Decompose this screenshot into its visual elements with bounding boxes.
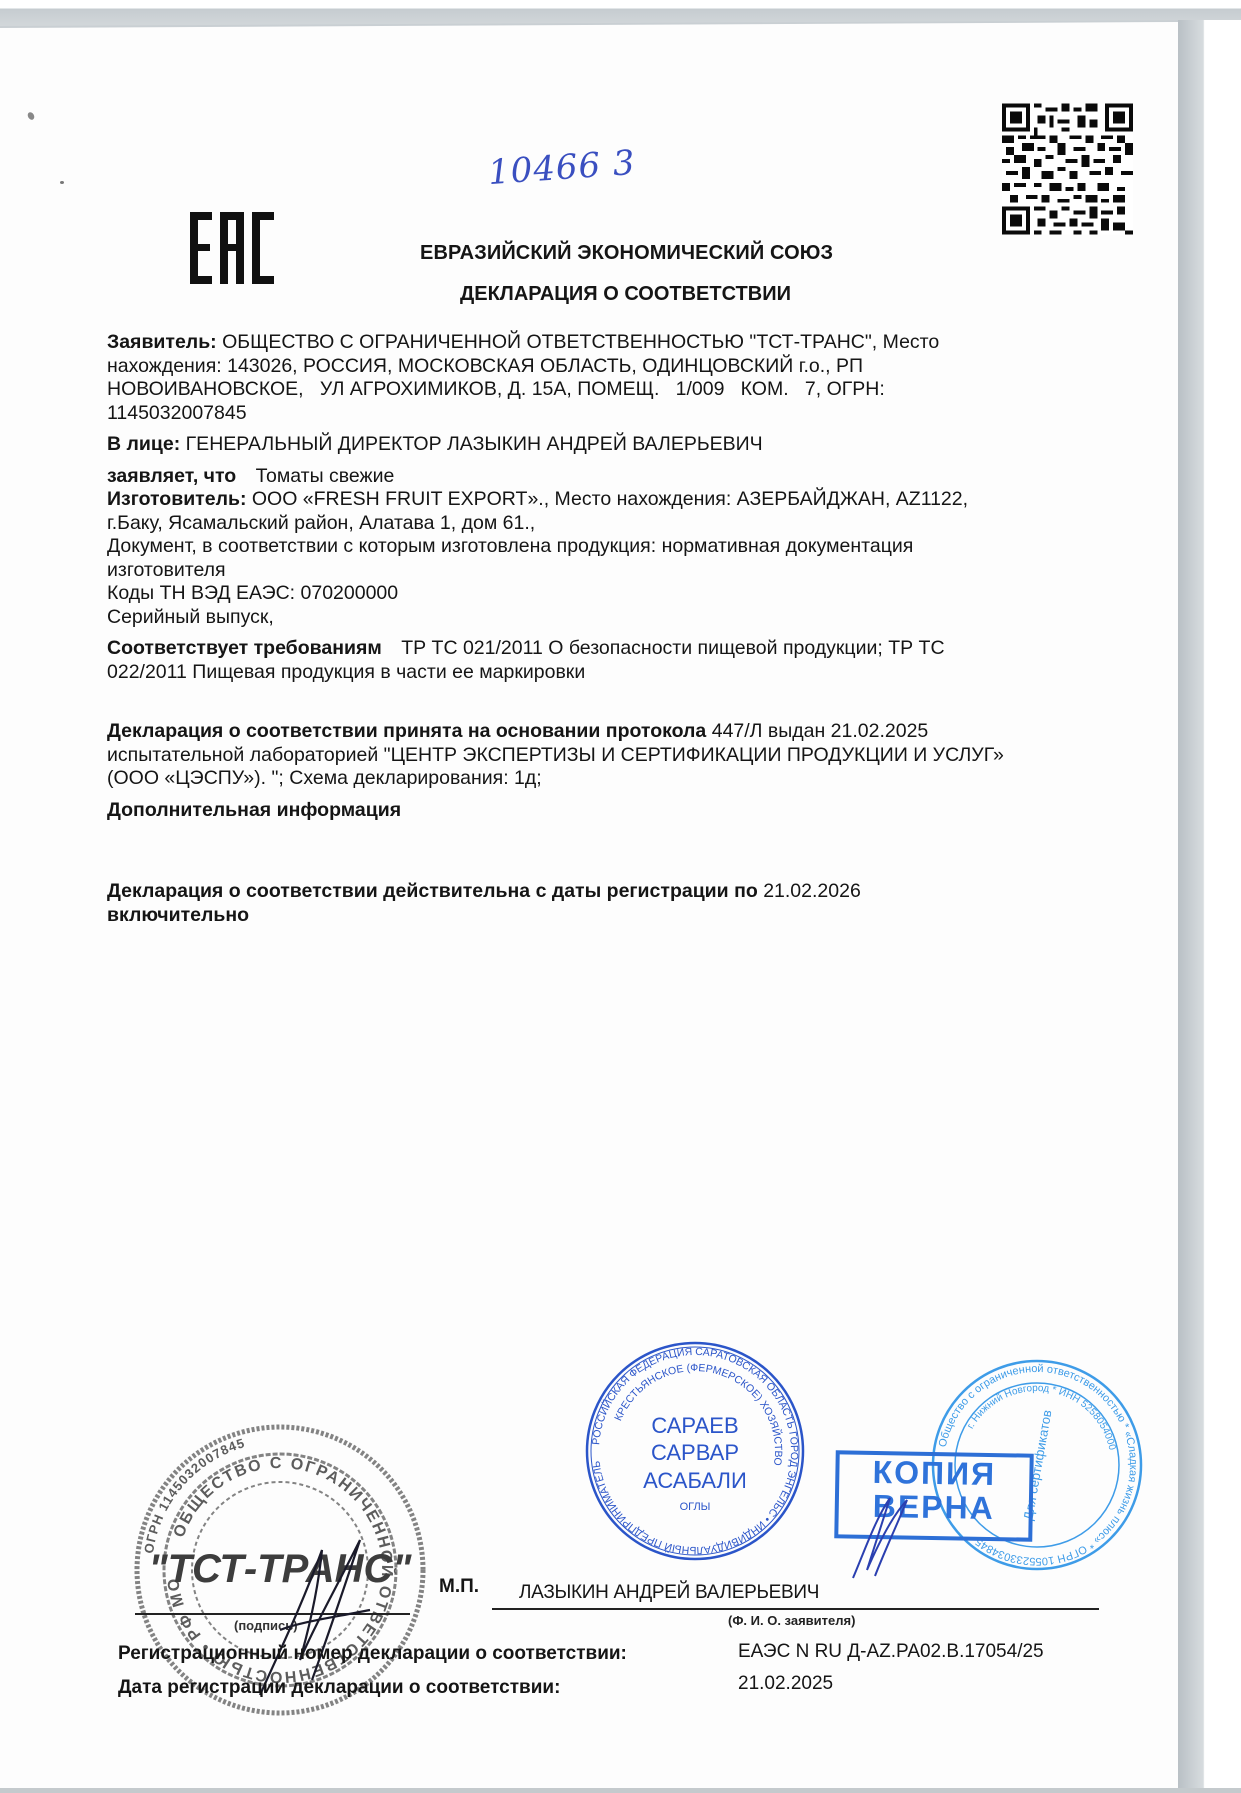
applicant-full-name: ЛАЗЫКИН АНДРЕЙ ВАЛЕРЬЕВИЧ	[519, 1582, 819, 1604]
registration-date: 21.02.2025	[738, 1673, 833, 1695]
represented-by-section: В лице: ГЕНЕРАЛЬНЫЙ ДИРЕКТОР ЛАЗЫКИН АНД…	[107, 433, 1117, 457]
additional-info-section: Дополнительная информация	[107, 799, 1117, 823]
copy-stamp-line: КОПИЯ	[839, 1454, 1030, 1491]
validity-label-inclusive: включительно	[107, 904, 1117, 928]
basis-line: (ООО «ЦЭСПУ»). "; Схема декларирования: …	[107, 767, 1117, 791]
manufacturer-line: ООО «FRESH FRUIT EXPORT»., Место нахожде…	[252, 488, 968, 510]
product-name: Томаты свежие	[256, 465, 395, 487]
represented-by-value: ГЕНЕРАЛЬНЫЙ ДИРЕКТОР ЛАЗЫКИН АНДРЕЙ ВАЛЕ…	[186, 433, 763, 455]
requirements-label: Соответствует требованиям	[107, 637, 382, 659]
applicant-ogrn: 1145032007845	[107, 402, 1117, 426]
document-title: ДЕКЛАРАЦИЯ О СООТВЕТСТВИИ	[460, 283, 791, 306]
farm-stamp: РОССИЙСКАЯ ФЕДЕРАЦИЯ САРАТОВСКАЯ ОБЛАСТЬ…	[582, 1338, 808, 1564]
union-heading: ЕВРАЗИЙСКИЙ ЭКОНОМИЧЕСКИЙ СОЮЗ	[420, 242, 833, 265]
applicant-line: ОБЩЕСТВО С ОГРАНИЧЕННОЙ ОТВЕТСТВЕННОСТЬЮ…	[222, 331, 939, 353]
release-type: Серийный выпуск,	[107, 606, 1117, 630]
additional-info-label: Дополнительная информация	[107, 799, 401, 821]
requirements-line: ТР ТС 021/2011 О безопасности пищевой пр…	[401, 637, 944, 659]
basis-line: испытательной лабораторией "ЦЕНТР ЭКСПЕР…	[107, 744, 1117, 768]
validity-section: Декларация о соответствии действительна …	[107, 880, 1117, 927]
applicant-line: НОВОИВАНОВСКОЕ, УЛ АГРОХИМИКОВ, Д. 15А, …	[107, 378, 1117, 402]
production-document-line: изготовителя	[107, 559, 1117, 583]
copy-signature-icon	[845, 1490, 915, 1580]
svg-text:САРВАР: САРВАР	[651, 1440, 739, 1465]
requirements-line: 022/2011 Пищевая продукция в части ее ма…	[107, 661, 1117, 685]
manufacturer-line: г.Баку, Ясамальский район, Алатава 1, до…	[107, 512, 1117, 536]
registration-number-label: Регистрационный номер декларации о соотв…	[118, 1643, 627, 1665]
scan-speck	[60, 181, 64, 184]
declaration-body: Заявитель: ОБЩЕСТВО С ОГРАНИЧЕННОЙ ОТВЕТ…	[107, 331, 1117, 927]
applicant-section: Заявитель: ОБЩЕСТВО С ОГРАНИЧЕННОЙ ОТВЕТ…	[107, 331, 1117, 425]
manufacturer-label: Изготовитель:	[107, 488, 246, 510]
tn-ved-codes: Коды ТН ВЭД ЕАЭС: 070200000	[107, 582, 1117, 606]
production-document-line: Документ, в соответствии с которым изгот…	[107, 535, 1117, 559]
manufacturer-section: Изготовитель: ООО «FRESH FRUIT EXPORT».,…	[107, 488, 1117, 535]
qr-code-icon[interactable]	[1002, 103, 1133, 235]
basis-section: Декларация о соответствии принята на осн…	[107, 720, 1117, 791]
seal-place-label: М.П.	[439, 1576, 479, 1598]
fio-caption: (Ф. И. О. заявителя)	[728, 1613, 855, 1628]
declares-label: заявляет, что	[107, 465, 236, 487]
svg-text:ОГЛЫ: ОГЛЫ	[680, 1501, 711, 1513]
validity-date: 21.02.2026	[763, 880, 861, 902]
registration-date-label: Дата регистрации декларации о соответств…	[118, 1677, 560, 1699]
basis-label: Декларация о соответствии принята на осн…	[107, 720, 706, 742]
eac-logo-icon	[190, 212, 274, 284]
validity-label: Декларация о соответствии действительна …	[107, 880, 758, 902]
declares-section: заявляет, что Томаты свежие	[107, 465, 1117, 489]
scan-shadow-bottom	[0, 1788, 1241, 1793]
applicant-line: нахождения: 143026, РОССИЯ, МОСКОВСКАЯ О…	[107, 355, 1117, 379]
registration-number: ЕАЭС N RU Д-AZ.PA02.B.17054/25	[738, 1641, 1044, 1663]
svg-text:АСАБАЛИ: АСАБАЛИ	[643, 1468, 747, 1493]
requirements-section: Соответствует требованиям ТР ТС 021/2011…	[107, 637, 1117, 684]
production-document: Документ, в соответствии с которым изгот…	[107, 535, 1117, 582]
represented-by-label: В лице:	[107, 433, 180, 455]
basis-protocol: 447/Л выдан 21.02.2025	[712, 720, 929, 742]
handwritten-signature-icon	[240, 1530, 380, 1700]
fio-line	[492, 1608, 1099, 1610]
svg-text:САРАЕВ: САРАЕВ	[651, 1413, 738, 1438]
applicant-label: Заявитель:	[107, 331, 217, 353]
scan-shadow-right	[1178, 20, 1241, 1793]
